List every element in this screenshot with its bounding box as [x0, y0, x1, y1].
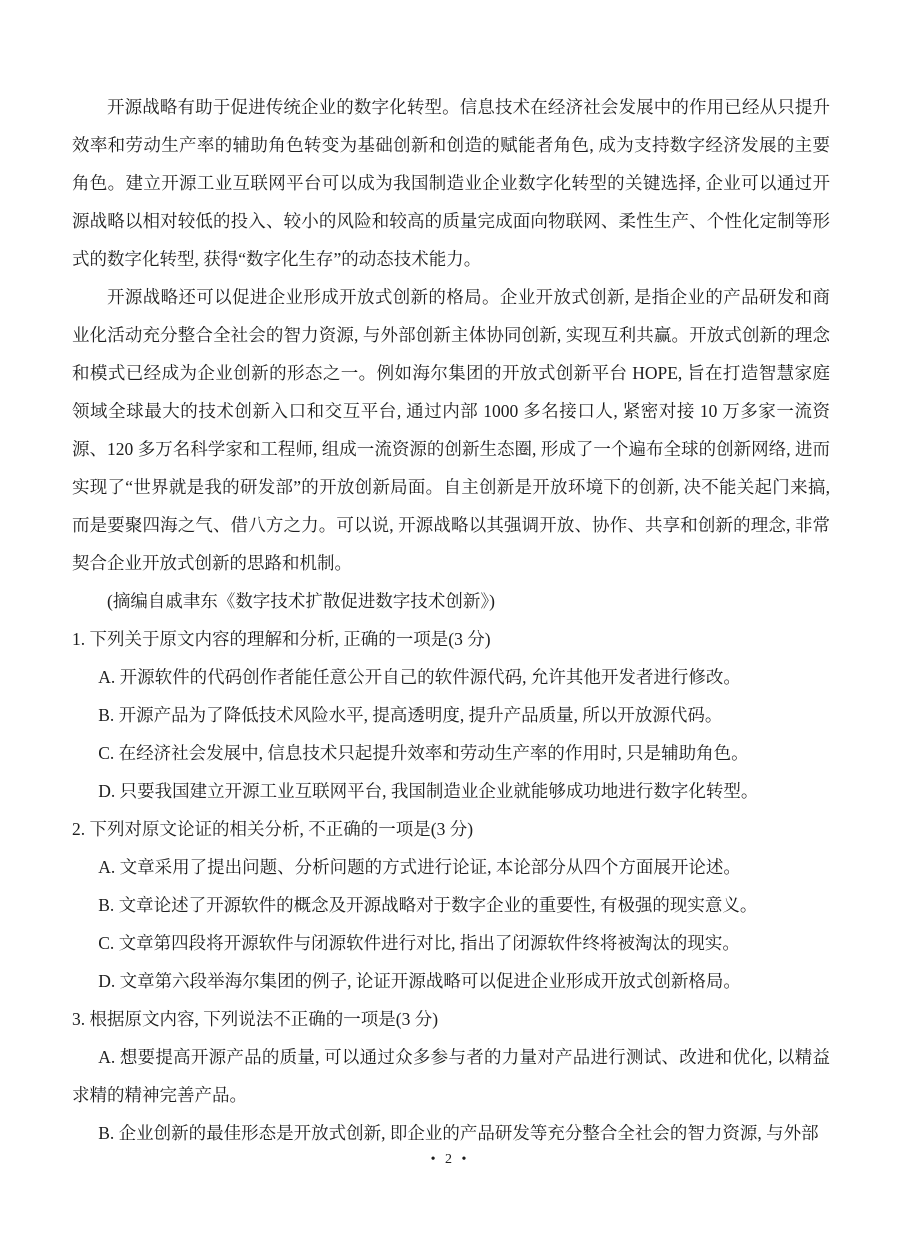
question-1-stem: 1. 下列关于原文内容的理解和分析, 正确的一项是(3 分) [72, 620, 830, 658]
exam-page: 开源战略有助于促进传统企业的数字化转型。信息技术在经济社会发展中的作用已经从只提… [0, 0, 900, 1246]
question-2-stem: 2. 下列对原文论证的相关分析, 不正确的一项是(3 分) [72, 810, 830, 848]
question-1-option-c: C. 在经济社会发展中, 信息技术只起提升效率和劳动生产率的作用时, 只是辅助角… [72, 734, 830, 772]
page-number: • 2 • [0, 1150, 900, 1170]
question-3: 3. 根据原文内容, 下列说法不正确的一项是(3 分) A. 想要提高开源产品的… [72, 1000, 830, 1152]
question-2-option-d: D. 文章第六段举海尔集团的例子, 论证开源战略可以促进企业形成开放式创新格局。 [72, 962, 830, 1000]
question-3-stem: 3. 根据原文内容, 下列说法不正确的一项是(3 分) [72, 1000, 830, 1038]
question-1-option-a: A. 开源软件的代码创作者能任意公开自己的软件源代码, 允许其他开发者进行修改。 [72, 658, 830, 696]
questions-section: 1. 下列关于原文内容的理解和分析, 正确的一项是(3 分) A. 开源软件的代… [72, 620, 830, 1152]
question-3-option-b: B. 企业创新的最佳形态是开放式创新, 即企业的产品研发等充分整合全社会的智力资… [72, 1114, 830, 1152]
question-2: 2. 下列对原文论证的相关分析, 不正确的一项是(3 分) A. 文章采用了提出… [72, 810, 830, 1000]
question-2-option-b: B. 文章论述了开源软件的概念及开源战略对于数字企业的重要性, 有极强的现实意义… [72, 886, 830, 924]
question-1: 1. 下列关于原文内容的理解和分析, 正确的一项是(3 分) A. 开源软件的代… [72, 620, 830, 810]
passage-attribution: (摘编自戚聿东《数字技术扩散促进数字技术创新》) [72, 582, 830, 620]
passage-paragraph-2: 开源战略还可以促进企业形成开放式创新的格局。企业开放式创新, 是指企业的产品研发… [72, 278, 830, 582]
question-2-option-c: C. 文章第四段将开源软件与闭源软件进行对比, 指出了闭源软件终将被淘汰的现实。 [72, 924, 830, 962]
question-1-option-b: B. 开源产品为了降低技术风险水平, 提高透明度, 提升产品质量, 所以开放源代… [72, 696, 830, 734]
passage-paragraph-1: 开源战略有助于促进传统企业的数字化转型。信息技术在经济社会发展中的作用已经从只提… [72, 88, 830, 278]
question-2-option-a: A. 文章采用了提出问题、分析问题的方式进行论证, 本论部分从四个方面展开论述。 [72, 848, 830, 886]
reading-passage: 开源战略有助于促进传统企业的数字化转型。信息技术在经济社会发展中的作用已经从只提… [72, 88, 830, 620]
question-1-option-d: D. 只要我国建立开源工业互联网平台, 我国制造业企业就能够成功地进行数字化转型… [72, 772, 830, 810]
question-3-option-a: A. 想要提高开源产品的质量, 可以通过众多参与者的力量对产品进行测试、改进和优… [72, 1038, 830, 1114]
